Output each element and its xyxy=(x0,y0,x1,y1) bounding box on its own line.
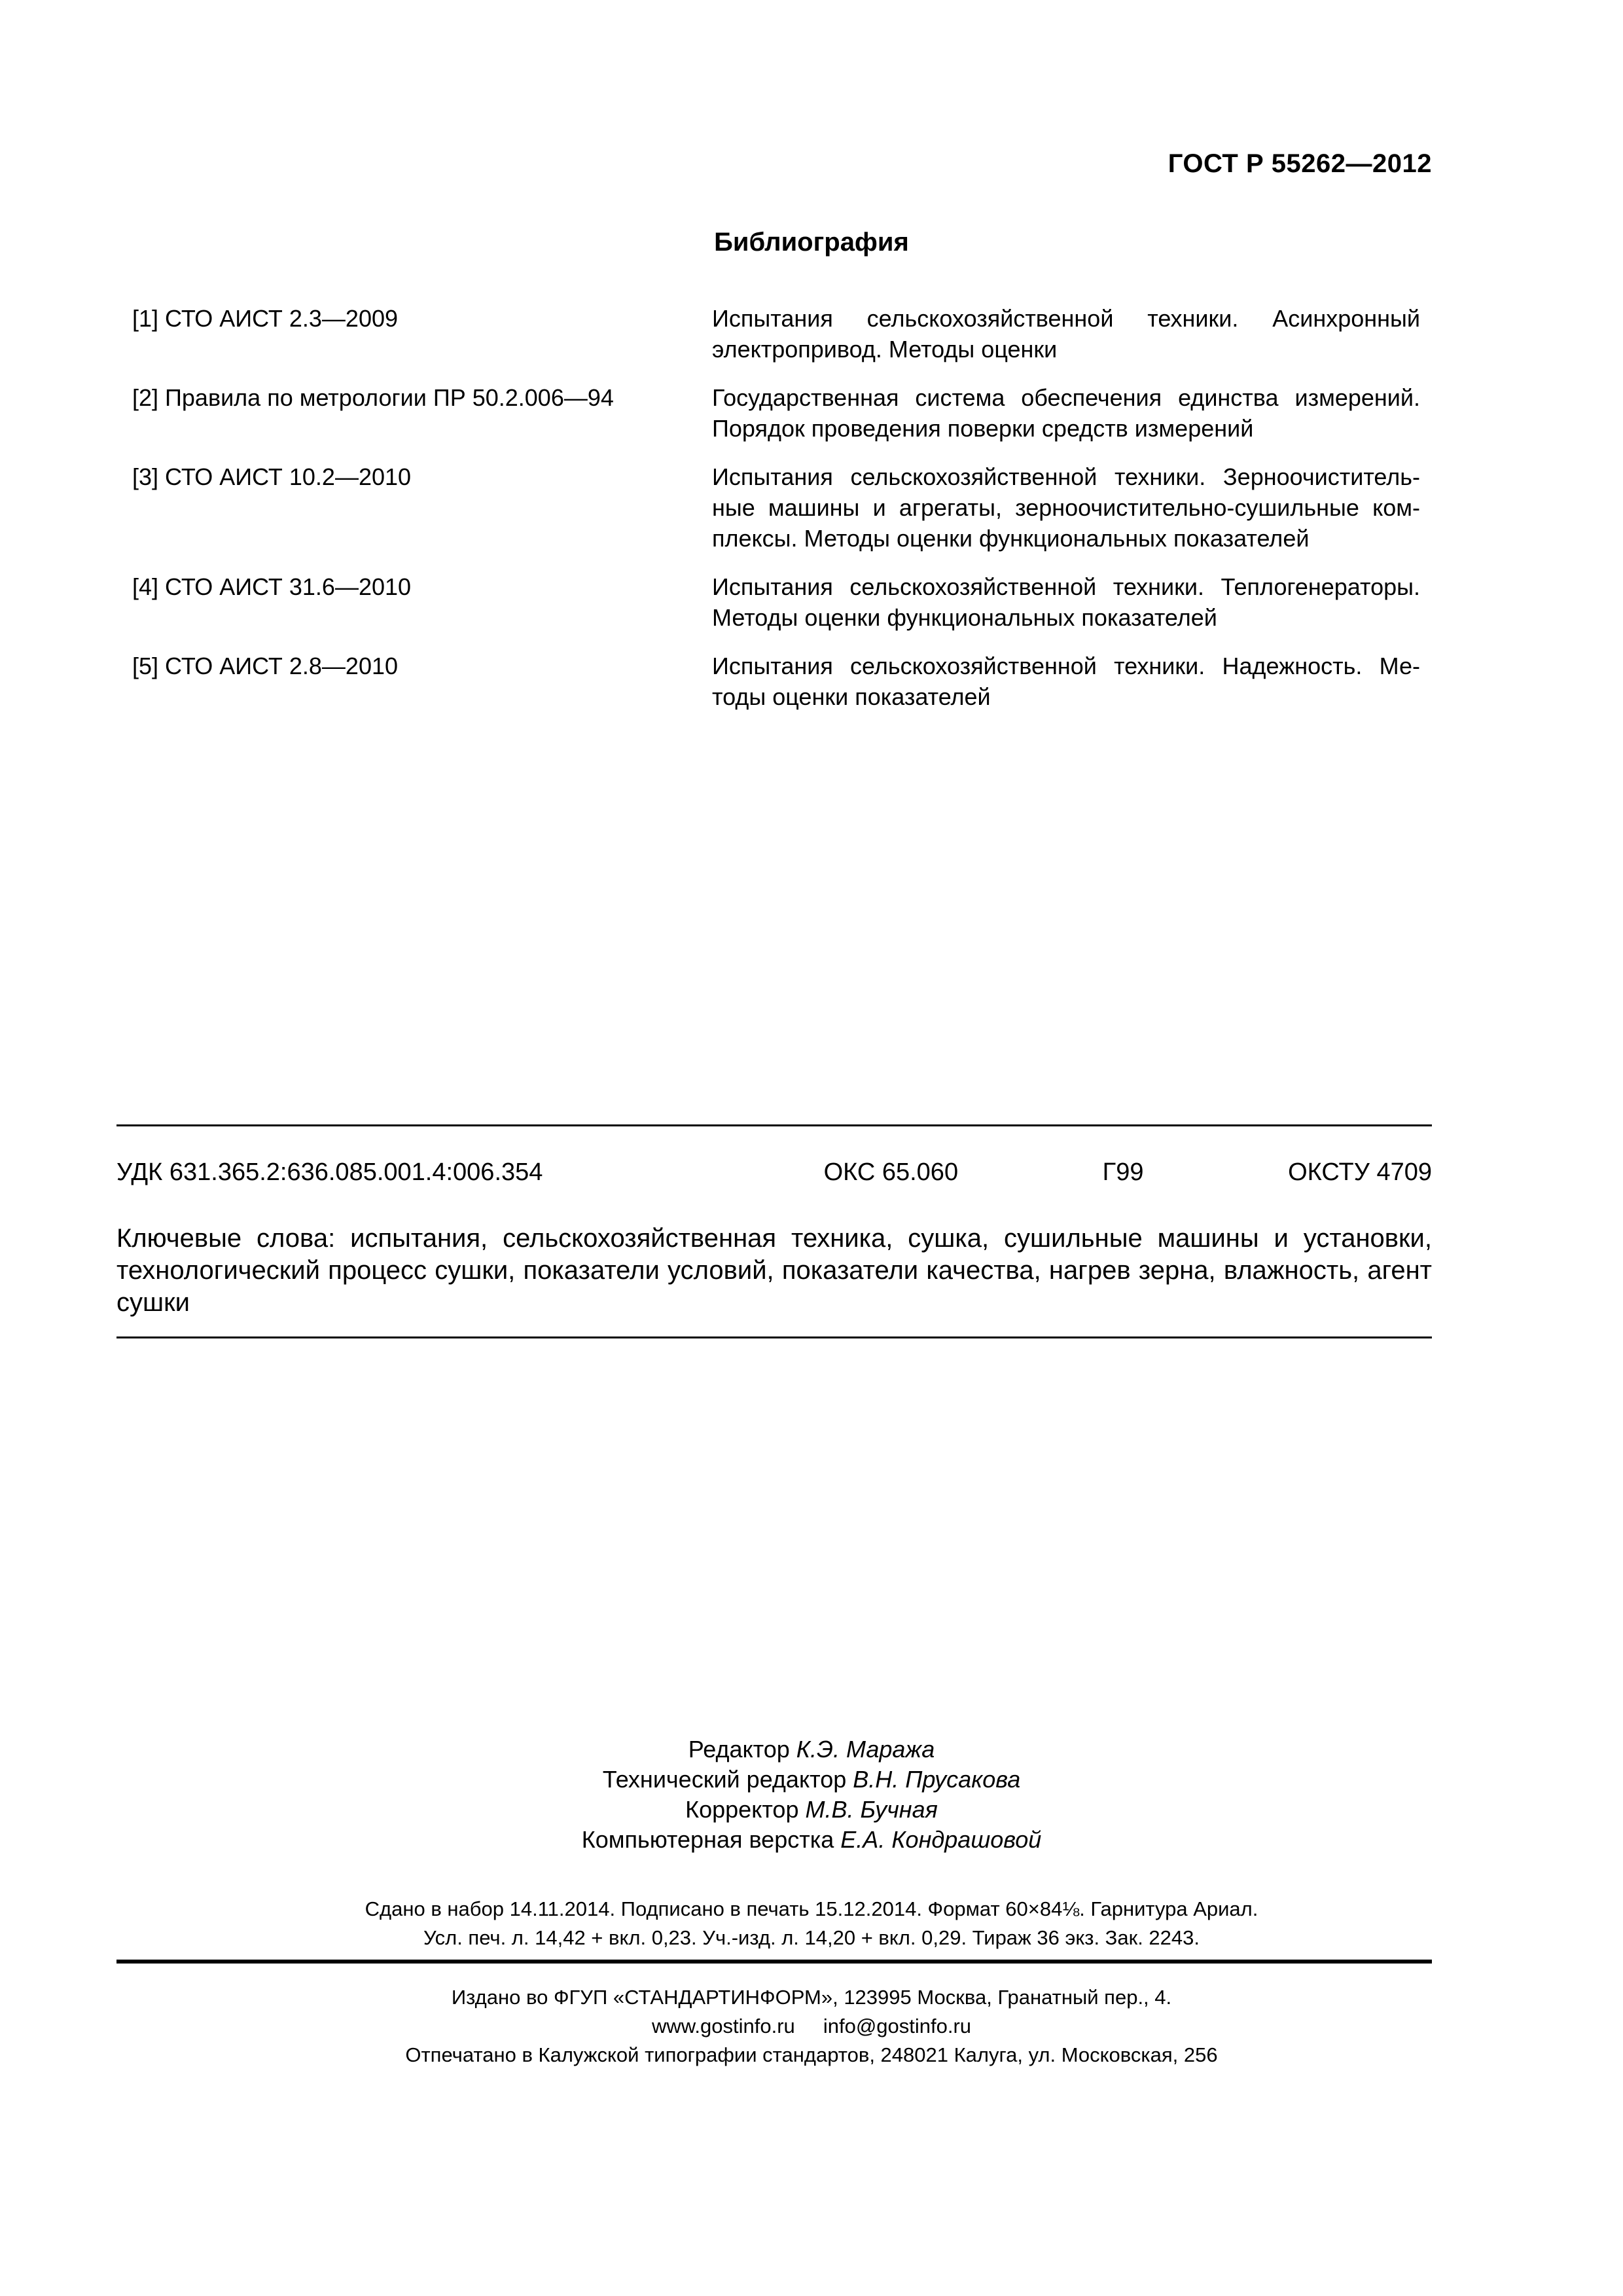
entry-reference: [5] СТО АИСТ 2.8—2010 xyxy=(132,651,712,712)
entry-description: Испытания сельскохозяйственной техники. … xyxy=(712,303,1420,365)
entry-reference: [2] Правила по метрологии ПР 50.2.006—94 xyxy=(132,382,712,444)
okstu-code: ОКСТУ 4709 xyxy=(1288,1158,1432,1187)
divider-thick xyxy=(116,1960,1432,1964)
credit-line: Компьютерная верстка Е.А. Кондрашовой xyxy=(0,1825,1623,1855)
credit-name: Е.А. Кондрашовой xyxy=(840,1826,1041,1853)
credit-role: Технический редактор xyxy=(603,1766,847,1793)
credit-line: Корректор М.В. Бучная xyxy=(0,1795,1623,1825)
credit-name: В.Н. Прусакова xyxy=(853,1766,1020,1793)
entry-reference: [1] СТО АИСТ 2.3—2009 xyxy=(132,303,712,365)
entry-description: Государственная система обеспечения един… xyxy=(712,382,1420,444)
entry-description: Испытания сельскохозяйственной техники. … xyxy=(712,571,1420,633)
publisher-contacts: www.gostinfo.ru info@gostinfo.ru xyxy=(0,2012,1623,2041)
bibliography-entry: [5] СТО АИСТ 2.8—2010 Испытания сельскох… xyxy=(132,651,1428,712)
group-code: Г99 xyxy=(1103,1158,1144,1187)
bibliography-entry: [1] СТО АИСТ 2.3—2009 Испытания сельскох… xyxy=(132,303,1428,365)
imprint-line: Усл. печ. л. 14,42 + вкл. 0,23. Уч.-изд.… xyxy=(0,1924,1623,1952)
udk-code: УДК 631.365.2:636.085.001.4:006.354 xyxy=(116,1158,679,1187)
entry-reference: [4] СТО АИСТ 31.6—2010 xyxy=(132,571,712,633)
keywords: Ключевые слова: испытания, сельскохозяйс… xyxy=(116,1223,1432,1319)
credit-line: Редактор К.Э. Маража xyxy=(0,1734,1623,1765)
divider-bottom xyxy=(116,1336,1432,1338)
bibliography-list: [1] СТО АИСТ 2.3—2009 Испытания сельскох… xyxy=(132,303,1428,730)
classification-codes: УДК 631.365.2:636.085.001.4:006.354 ОКС … xyxy=(116,1158,1432,1187)
publisher-info: Издано во ФГУП «СТАНДАРТИНФОРМ», 123995 … xyxy=(0,1983,1623,2070)
credit-role: Компьютерная верстка xyxy=(582,1826,834,1853)
document-code: ГОСТ Р 55262—2012 xyxy=(1168,149,1432,179)
imprint: Сдано в набор 14.11.2014. Подписано в пе… xyxy=(0,1895,1623,1952)
bibliography-entry: [4] СТО АИСТ 31.6—2010 Испытания сельско… xyxy=(132,571,1428,633)
entry-description: Испытания сельскохозяйственной техники. … xyxy=(712,651,1420,712)
credits: Редактор К.Э. Маража Технический редакто… xyxy=(0,1734,1623,1855)
bibliography-entry: [2] Правила по метрологии ПР 50.2.006—94… xyxy=(132,382,1428,444)
section-title: Библиография xyxy=(0,228,1623,257)
credit-role: Редактор xyxy=(688,1736,790,1763)
credit-role: Корректор xyxy=(685,1796,798,1823)
oks-code: ОКС 65.060 xyxy=(824,1158,959,1187)
bibliography-entry: [3] СТО АИСТ 10.2—2010 Испытания сельско… xyxy=(132,461,1428,554)
credit-name: М.В. Бучная xyxy=(806,1796,938,1823)
credit-line: Технический редактор В.Н. Прусакова xyxy=(0,1765,1623,1795)
publisher-line: Издано во ФГУП «СТАНДАРТИНФОРМ», 123995 … xyxy=(0,1983,1623,2012)
divider-top xyxy=(116,1124,1432,1126)
entry-description: Испытания сельскохозяйственной техники. … xyxy=(712,461,1420,554)
imprint-line: Сдано в набор 14.11.2014. Подписано в пе… xyxy=(0,1895,1623,1924)
entry-reference: [3] СТО АИСТ 10.2—2010 xyxy=(132,461,712,554)
credit-name: К.Э. Маража xyxy=(796,1736,935,1763)
printer-line: Отпечатано в Калужской типографии станда… xyxy=(0,2041,1623,2070)
